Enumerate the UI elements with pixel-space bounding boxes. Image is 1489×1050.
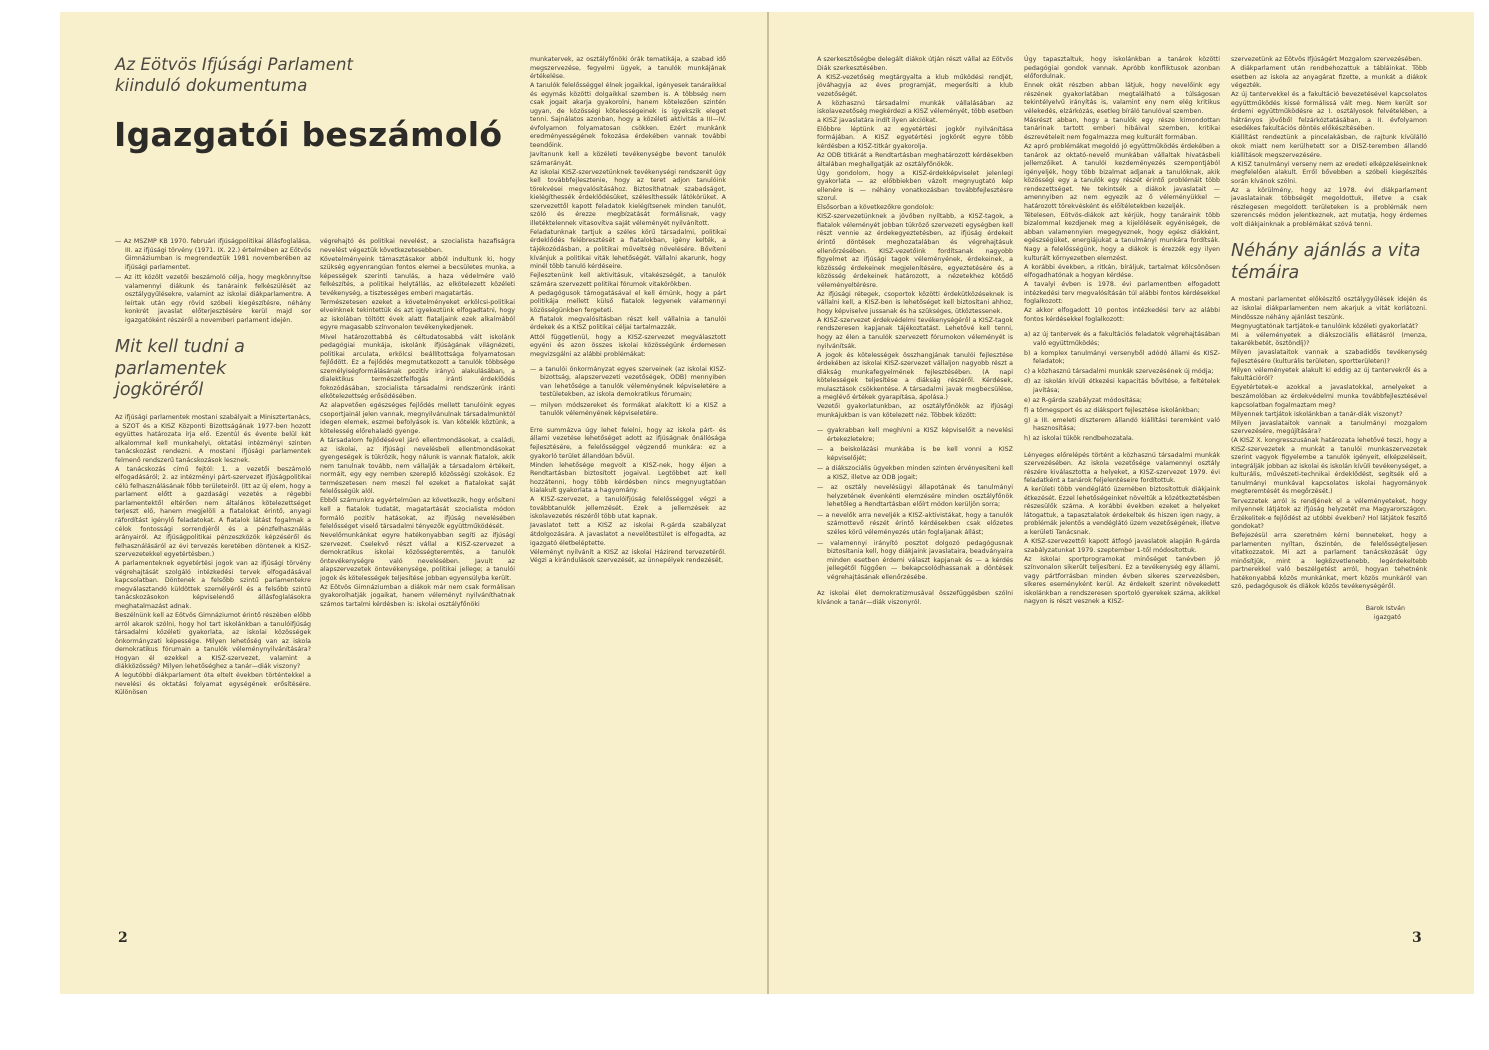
lettered-list-item: b) a komplex tanulmányi versenyből adódó… xyxy=(1024,350,1220,367)
paragraph: Milyen véleményetek alakult ki eddig az … xyxy=(1231,367,1427,384)
left-column-2: végrehajtó és politikai nevelést, a szoc… xyxy=(320,238,515,610)
paragraph: A KISZ-vezetőség megtárgyalta a klub műk… xyxy=(817,74,1013,100)
paragraph: Befejezésül arra szeretném kérni bennete… xyxy=(1231,532,1427,592)
paragraph: Beszélnünk kell az Eötvös Gimnáziumot ér… xyxy=(115,612,311,672)
paragraph: A diákparlament után rendbehozattuk a tá… xyxy=(1231,65,1427,91)
dash-list-item: — milyen módszereket és formákat alakíto… xyxy=(530,402,726,419)
lettered-list-item: f) a tömegsport és az diáksport fejleszt… xyxy=(1024,407,1220,416)
page-number-left: 2 xyxy=(118,930,128,946)
paragraph: Az iskolai élet demokratizmusával összef… xyxy=(817,590,1013,607)
signature-title: igazgató xyxy=(1231,613,1405,622)
paragraph: Az apró problémákat megoldó jó együttműk… xyxy=(1024,143,1220,211)
left-column-3: munkatervek, az osztályfőnöki órák temat… xyxy=(530,56,726,566)
lettered-list-item: d) az iskolán kívüli étkezési kapacitás … xyxy=(1024,378,1220,395)
paragraph: Megnyugtatónak tartjátok-e tanulóink köz… xyxy=(1231,323,1427,332)
dash-list-item: — a nevelők arra neveljék a KISZ-aktivis… xyxy=(817,512,1013,538)
paragraph: A társadalom fejlődésével járó ellentmon… xyxy=(320,437,515,497)
dash-list-item: — gyakrabban kell meghívni a KISZ képvis… xyxy=(817,427,1013,444)
paragraph: Milyennek tartjátok iskolánkban a tanár-… xyxy=(1231,411,1427,420)
paragraph: KISZ-szervezetünknek a jövőben nyíltabb,… xyxy=(817,213,1013,290)
paragraph: Az a körülmény, hogy az 1978. évi diákpa… xyxy=(1231,187,1427,230)
section-heading: Néhány ajánlás a vita témáira xyxy=(1231,241,1427,284)
dash-list-item: — a tanulói önkormányzat egyes szerveine… xyxy=(530,366,726,400)
paragraph: Az ifjúsági rétegek, csoportok közötti é… xyxy=(817,291,1013,317)
dash-list-item: — a diákszociális ügyekben minden szinte… xyxy=(817,465,1013,482)
paragraph: Az iskolai KISZ-szervezetünknek tevékeny… xyxy=(530,169,726,229)
paragraph: Kiállítást rendeztünk a pincelakásban, d… xyxy=(1231,134,1427,160)
paragraph: A KISZ-szervezet érdekvédelmi tevékenysé… xyxy=(817,317,1013,351)
paragraph: A tanulók felelősséggel élnek jogaikkal,… xyxy=(530,82,726,150)
paragraph: Nevelőmunkánkat egyre hatékonyabban segí… xyxy=(320,532,515,583)
lettered-list-item: e) az R-gárda szabályzat módosítása; xyxy=(1024,397,1220,406)
paragraph: Feladatunknak tartjuk a széles körű társ… xyxy=(530,229,726,272)
page-number-right: 3 xyxy=(1412,930,1422,946)
magazine-spread: Az Eötvös Ifjúsági Parlament kiinduló do… xyxy=(60,12,1472,994)
paragraph: Az iskolai sportprogramokat minőséget ta… xyxy=(1024,556,1220,607)
paragraph: munkatervek, az osztályfőnöki órák temat… xyxy=(530,56,726,82)
paragraph: A tavalyi évben is 1978. évi parlamentbe… xyxy=(1024,281,1220,307)
paragraph: Véleményt nyilvánít a KISZ az iskolai Há… xyxy=(530,549,726,566)
intro-item: — Az itt közölt vezetői beszámoló célja,… xyxy=(115,274,311,325)
paragraph: (A KISZ X. kongresszusának határozata le… xyxy=(1231,437,1427,497)
dash-list-item: — a beiskolázási munkába is be kell vonn… xyxy=(817,446,1013,463)
paragraph: Úgy tapasztaltuk, hogy iskolánkban a tan… xyxy=(1024,56,1220,82)
kicker-line-1: Az Eötvös Ifjúsági Parlament xyxy=(115,54,415,75)
paragraph: Ennek okát részben abban látjuk, hogy ne… xyxy=(1024,82,1220,116)
paragraph: Az ifjúsági parlamentek mostani szabálya… xyxy=(115,414,311,465)
paragraph: végrehajtó és politikai nevelést, a szoc… xyxy=(320,238,515,255)
paragraph: Az akkor elfogadott 10 pontos intézkedés… xyxy=(1024,307,1220,324)
signature: Barok Istvánigazgató xyxy=(1231,604,1427,622)
signature-name: Barok István xyxy=(1231,604,1405,613)
paragraph: A mostani parlamentet előkészítő osztály… xyxy=(1231,296,1427,322)
paragraph: A szerkesztőségbe delegált diákok útján … xyxy=(817,56,1013,73)
paragraph: Milyen javaslataitok vannak a szabadidős… xyxy=(1231,349,1427,366)
section-heading: Mit kell tudni a parlamentek jogköréről xyxy=(115,337,311,402)
left-page: Az Eötvös Ifjúsági Parlament kiinduló do… xyxy=(60,12,767,994)
paragraph: Javaslatot tett a KISZ az iskolai R-gárd… xyxy=(530,522,726,548)
paragraph: Az új tantervekkel és a fakultáció bevez… xyxy=(1231,91,1427,134)
right-column-3: szervezetünk az Eötvös Ifjúságért Mozgal… xyxy=(1231,56,1427,622)
right-page: A szerkesztőségbe delegált diákok útján … xyxy=(767,12,1474,994)
paragraph: Másrészt abban, hogy a tanulók egy része… xyxy=(1024,117,1220,143)
lettered-list-item: c) a közhasznú társadalmi munkák szervez… xyxy=(1024,368,1220,377)
paragraph: A jogok és kötelességek összhangjának ta… xyxy=(817,352,1013,403)
page-title: Igazgatói beszámoló xyxy=(114,115,502,154)
dash-list-item: — az osztály nevelésügyi állapotának és … xyxy=(817,484,1013,510)
lettered-list-item: h) az iskolai tükök rendbehozatala. xyxy=(1024,435,1220,444)
paragraph: Természetesen ezeket a követelményeket e… xyxy=(320,299,515,333)
paragraph: A kerületi több vendéglátó üzemében bizt… xyxy=(1024,486,1220,537)
paragraph: A korábbi években, a ritkán, bíráljuk, t… xyxy=(1024,264,1220,281)
paragraph: Mivel határozottabbá és céltudatosabbá v… xyxy=(320,334,515,402)
paragraph: Lényeges előrelépés történt a közhasznú … xyxy=(1024,452,1220,486)
paragraph: A közhasznú társadalmi munkák vállalásáb… xyxy=(817,100,1013,126)
paragraph: A KISZ tanulmányi verseny nem az eredeti… xyxy=(1231,161,1427,187)
paragraph: Az alapvetően egészséges fejlődés mellet… xyxy=(320,402,515,436)
paragraph: Mi a véleményetek a diákszociális ellátá… xyxy=(1231,332,1427,349)
paragraph: A fiatalok megvalósításban részt kell vá… xyxy=(530,316,726,333)
lettered-list-item: a) az új tantervek és a fakultációs fela… xyxy=(1024,331,1220,348)
paragraph: szervezetünk az Eötvös Ifjúságért Mozgal… xyxy=(1231,56,1427,65)
paragraph: A pedagógusok támogatásával el kell érnü… xyxy=(530,290,726,316)
paragraph: A legutóbbi diákparlament óta eltelt éve… xyxy=(115,672,311,698)
paragraph: Előbbre léptünk az egyetértési jogkör ny… xyxy=(817,126,1013,152)
paragraph: Erre summázva úgy lehet felelni, hogy az… xyxy=(530,427,726,461)
left-column-1: — Az MSZMP KB 1970. februári ifjúságpoli… xyxy=(115,238,311,699)
paragraph: Követelményeink támasztásakor abból indu… xyxy=(320,256,515,299)
right-column-2: Úgy tapasztaltuk, hogy iskolánkban a tan… xyxy=(1024,56,1220,607)
paragraph: Minden lehetősége megvolt a KISZ-nek, ho… xyxy=(530,462,726,496)
paragraph: Fejlesztenünk kell aktivitásuk, vitakész… xyxy=(530,272,726,289)
paragraph: A tanácskozás című fejtól: 1. a vezetői … xyxy=(115,466,311,560)
paragraph: A KISZ-szervezettől kapott átfogó javasl… xyxy=(1024,538,1220,555)
paragraph: Javítanunk kell a közéleti tevékenységbe… xyxy=(530,151,726,168)
right-column-1: A szerkesztőségbe delegált diákok útján … xyxy=(817,56,1013,608)
paragraph: A KISZ-szervezet, a tanulóifjúság felelő… xyxy=(530,496,726,522)
paragraph: Tételesen, Eötvös-diákok azt kérjük, hog… xyxy=(1024,212,1220,263)
kicker-line-2: kiinduló dokumentuma xyxy=(115,75,415,96)
paragraph: Vezetői gyakorlatunkban, az osztályfőnök… xyxy=(817,403,1013,420)
paragraph: A parlamenteknek egyetértési jogok van a… xyxy=(115,560,311,611)
lettered-list-item: g) a III. emeleti díszterem állandó kiál… xyxy=(1024,417,1220,434)
paragraph: Az ODB titkárát a Rendtartásban meghatár… xyxy=(817,152,1013,169)
paragraph: Úgy gondolom, hogy a KISZ-érdekképvisele… xyxy=(817,170,1013,204)
paragraph: Az Eötvös Gimnáziumban a diákok már nem … xyxy=(320,584,515,610)
paragraph: Elsősorban a következőkre gondolok: xyxy=(817,204,1013,213)
intro-item: — Az MSZMP KB 1970. februári ifjúságpoli… xyxy=(115,238,311,272)
dash-list-item: — valamennyi irányító posztot dolgozó pe… xyxy=(817,540,1013,583)
paragraph: Attól függetlenül, hogy a KISZ-szervezet… xyxy=(530,334,726,360)
paragraph: Tervezzetek arról is rendjének el a véle… xyxy=(1231,498,1427,532)
kicker: Az Eötvös Ifjúsági Parlament kiinduló do… xyxy=(115,54,415,96)
paragraph: Ebből számunkra egyértelműen az következ… xyxy=(320,497,515,531)
paragraph: Milyen javaslataitok vannak a tanulmányi… xyxy=(1231,420,1427,437)
paragraph: Egyetértetek-e azokkal a javaslatokkal, … xyxy=(1231,384,1427,410)
